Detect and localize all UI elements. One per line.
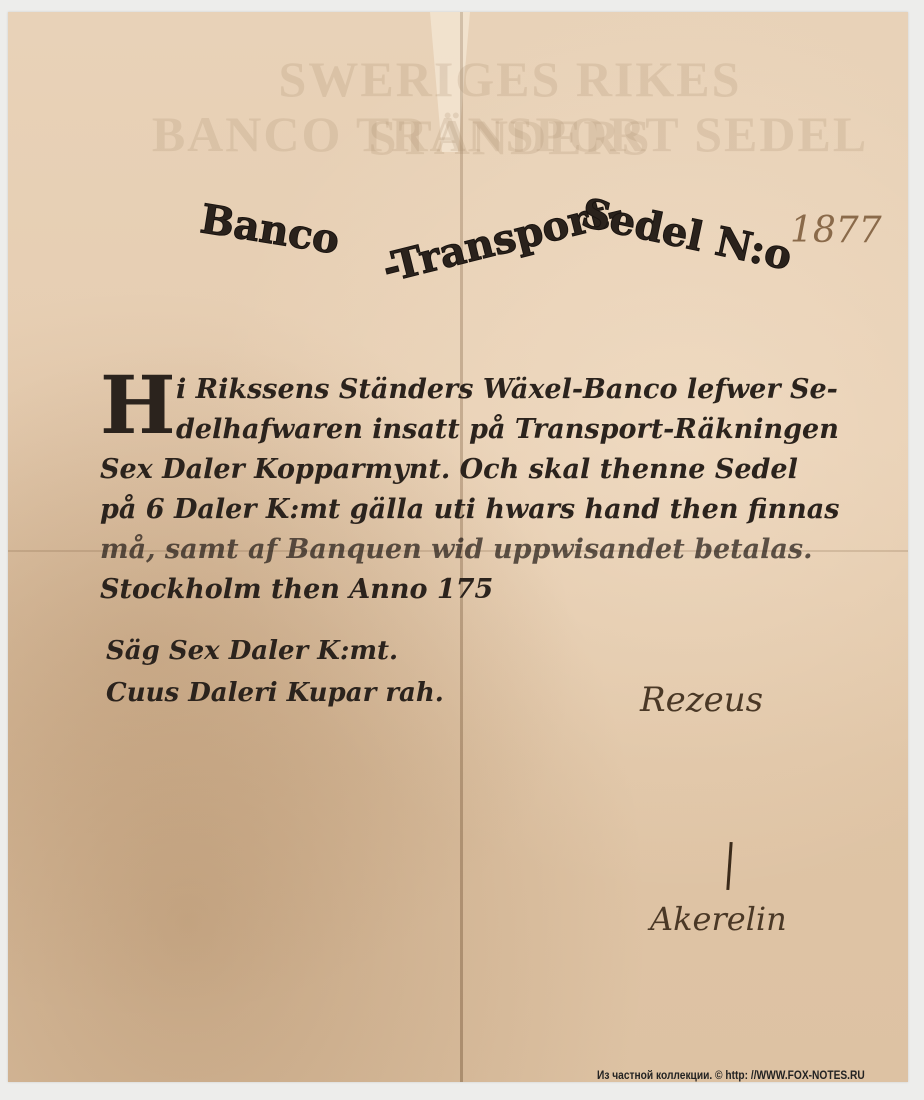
body-line-1: i Rikssens Ständers Wäxel-Banco lefwer S…	[100, 370, 830, 410]
title-part-banco: Banco	[197, 195, 342, 263]
note-body-text: i Rikssens Ständers Wäxel-Banco lefwer S…	[100, 370, 830, 610]
collection-credit: Из частной коллекции. © http: //WWW.FOX-…	[597, 1068, 865, 1082]
watermark-line-2: BANCO TRANSPORT SEDEL	[150, 105, 870, 163]
body-line-2: delhafwaren insatt på Transport-Räkninge…	[100, 410, 830, 450]
body-line-5: må, samt af Banquen wid uppwisandet beta…	[100, 530, 830, 570]
amount-line-2: Cuus Daleri Kupar rah.	[106, 672, 444, 714]
body-line-4: på 6 Daler K:mt gälla uti hwars hand the…	[100, 490, 830, 530]
body-line-3: Sex Daler Kopparmynt. Och skal thenne Se…	[100, 450, 830, 490]
amount-statement: Säg Sex Daler K:mt. Cuus Daleri Kupar ra…	[106, 630, 444, 714]
amount-line-1: Säg Sex Daler K:mt.	[106, 630, 444, 672]
note-title: Banco -Transport- Sedel N:o	[200, 196, 800, 296]
title-part-sedel: Sedel N:o	[577, 189, 796, 279]
signature-1: Rezeus	[640, 680, 763, 720]
serial-number: 1877	[790, 210, 882, 251]
signature-2: Akerelin	[650, 900, 787, 938]
body-line-6: Stockholm then Anno 175	[100, 570, 830, 610]
